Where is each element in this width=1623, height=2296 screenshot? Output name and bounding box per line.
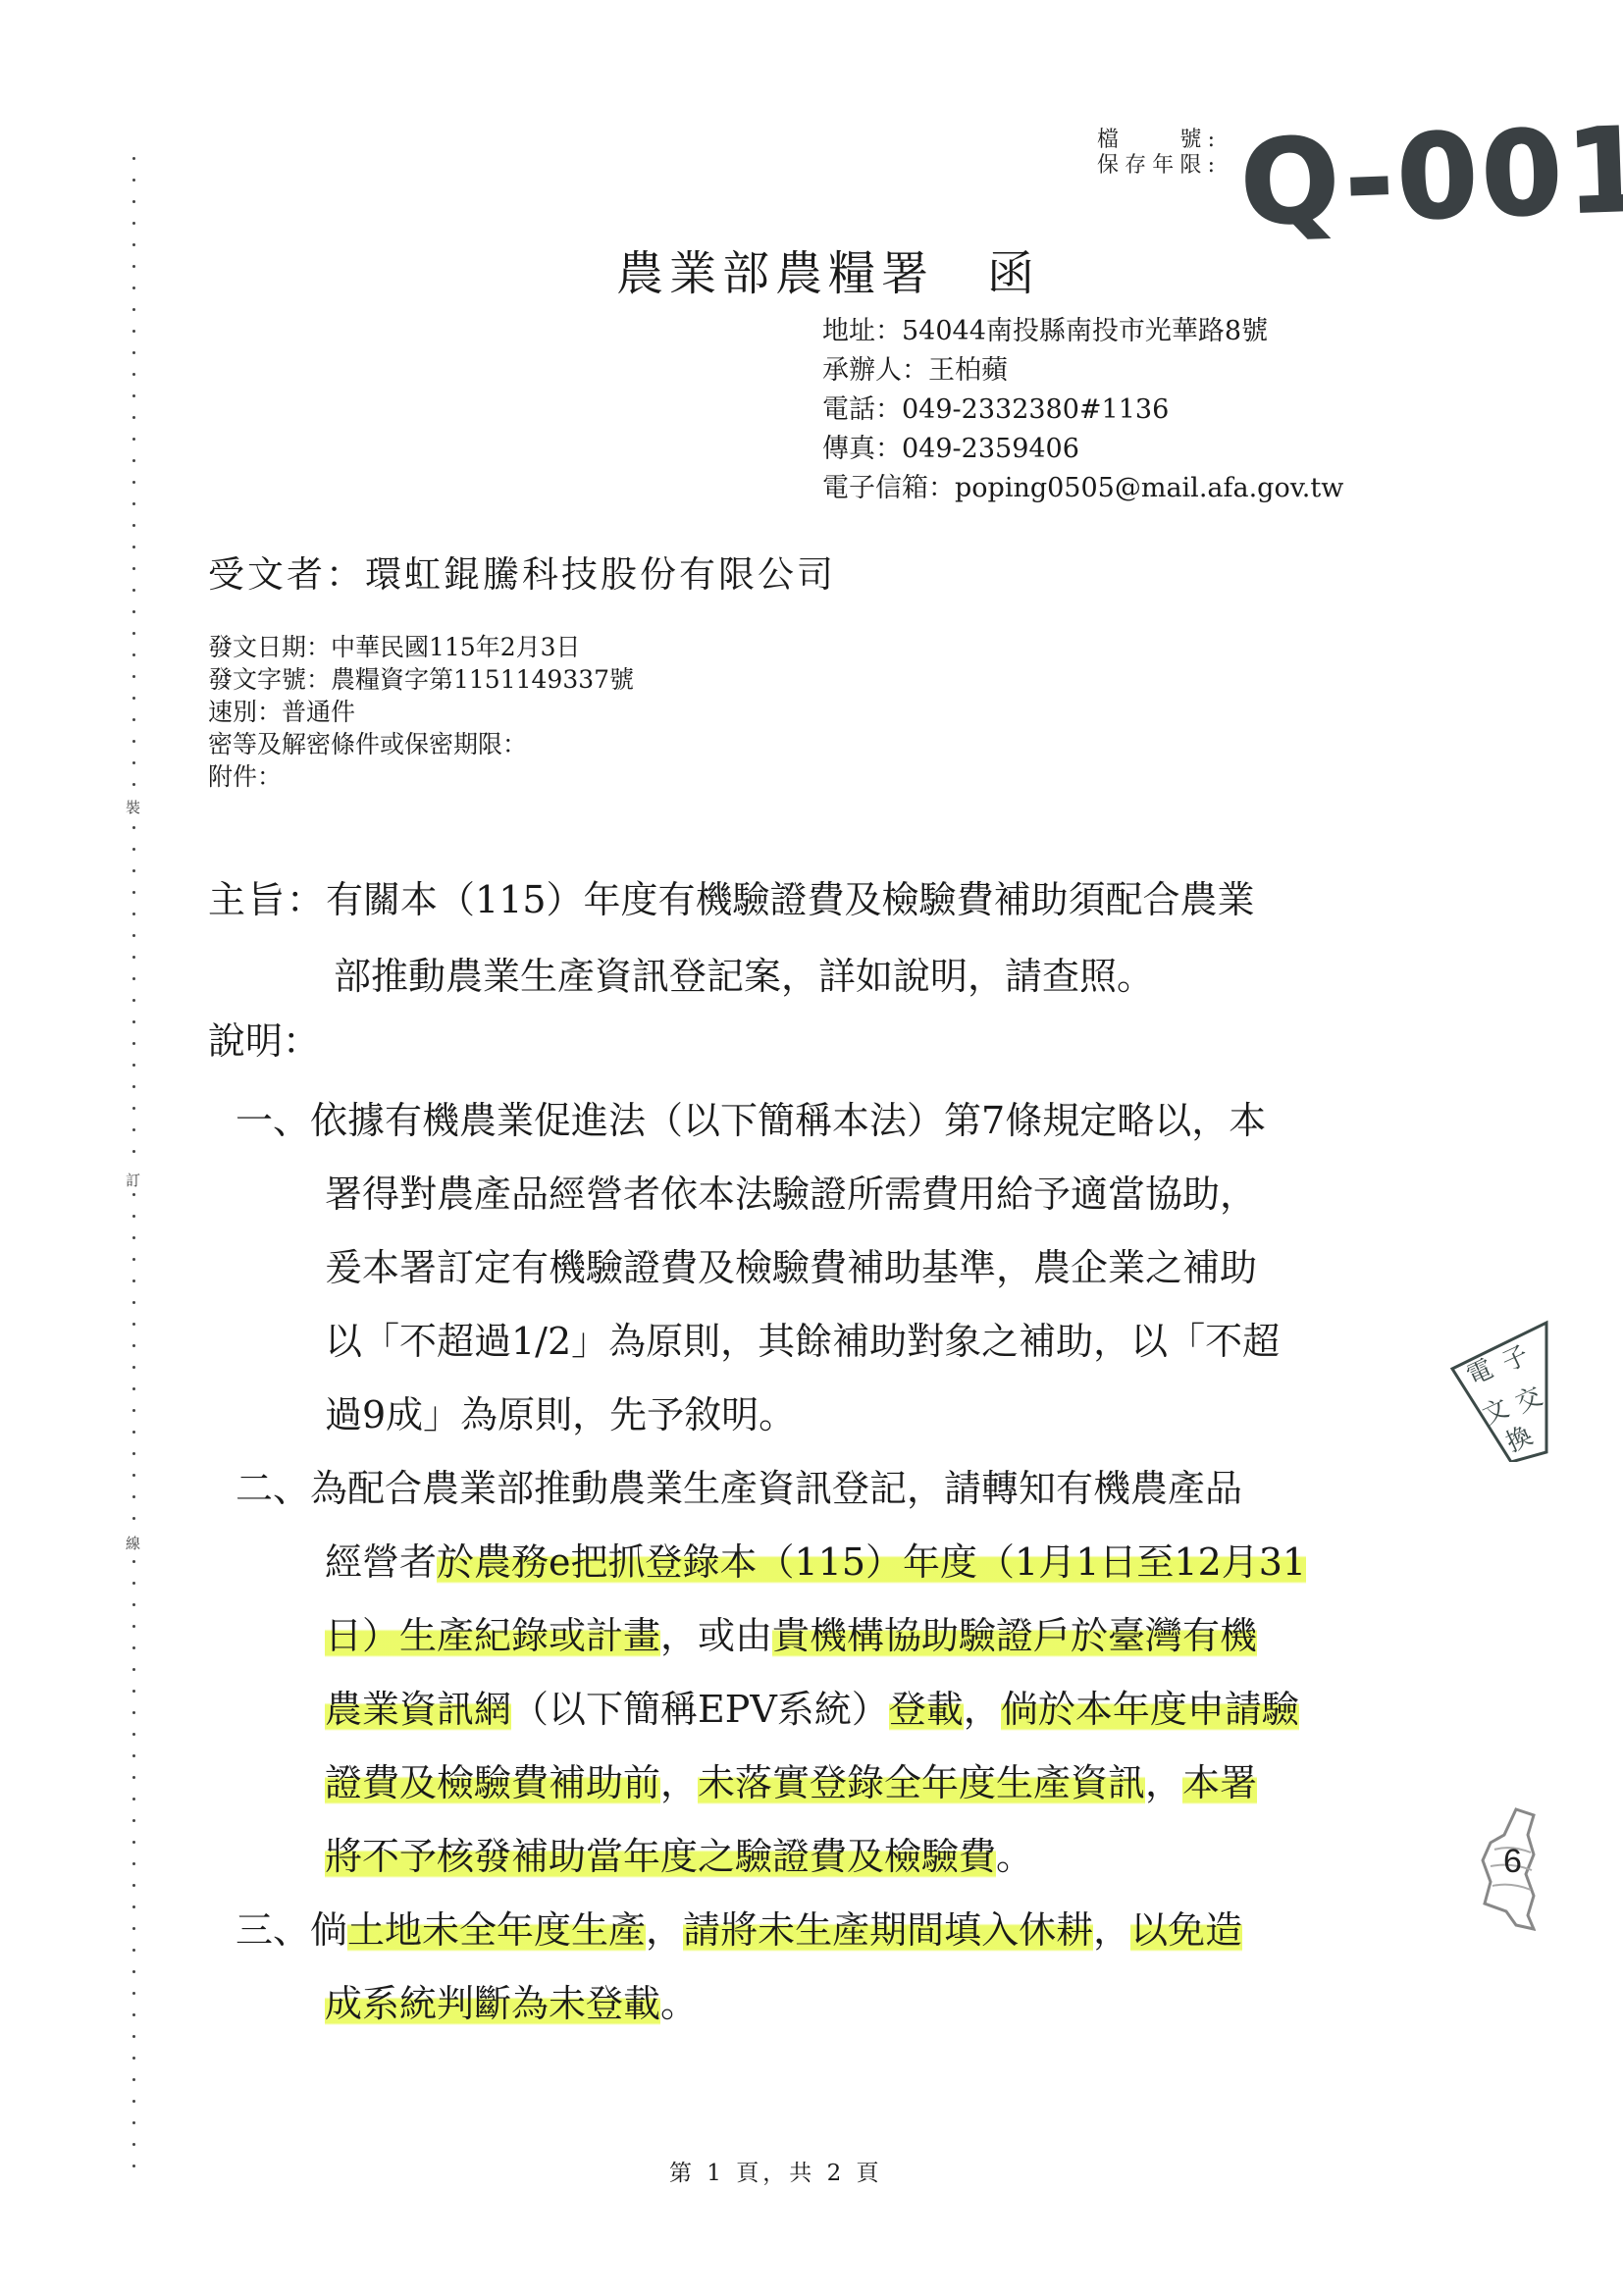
binding-dot bbox=[132, 243, 135, 246]
binding-dot bbox=[132, 1970, 135, 1973]
binding-dot bbox=[132, 2100, 135, 2103]
subject-line-1: 有關本（115）年度有機驗證費及檢驗費補助須配合農業 bbox=[326, 878, 1255, 921]
paragraph-line: 二、為配合農業部推動農業生產資訊登記，請轉知有機農產品 bbox=[236, 1452, 1306, 1526]
binding-dot bbox=[132, 1603, 135, 1606]
binding-dot bbox=[132, 1344, 135, 1347]
paragraph-line: 日）生產紀錄或計畫，或由貴機構協助驗證戶於臺灣有機 bbox=[236, 1599, 1306, 1673]
binding-dot bbox=[132, 589, 135, 592]
text-segment: 爰本署訂定有機驗證費及檢驗費補助基準，農企業之補助 bbox=[325, 1246, 1257, 1289]
binding-dot bbox=[132, 1150, 135, 1153]
binding-dot bbox=[132, 1409, 135, 1412]
binding-margin: 裝訂線 bbox=[126, 157, 145, 2168]
highlighted-text: 土地未全年度生產 bbox=[347, 1908, 646, 1952]
contact-block: 地址：54044南投縣南投市光華路8號 承辦人：王柏蘋 電話：049-23323… bbox=[822, 312, 1343, 508]
binding-dot bbox=[132, 179, 135, 182]
paragraph-line: 農業資訊網（以下簡稱EPV系統）登載，倘於本年度申請驗 bbox=[236, 1673, 1306, 1747]
page-indicator: 第 1 頁，共 2 頁 bbox=[669, 2155, 883, 2187]
binding-dot bbox=[132, 999, 135, 1002]
binding-dot bbox=[132, 1215, 135, 1218]
delivery-speed: 速別：普通件 bbox=[208, 696, 634, 728]
binding-mark: 訂 bbox=[126, 1170, 140, 1190]
text-segment: ， bbox=[660, 1761, 698, 1804]
binding-dot bbox=[132, 416, 135, 419]
binding-dot bbox=[132, 1387, 135, 1390]
page-seal-stamp: 6 bbox=[1477, 1805, 1536, 1933]
binding-dot bbox=[132, 524, 135, 527]
text-segment: 署得對農產品經營者依本法驗證所需費用給予適當協助， bbox=[325, 1173, 1257, 1216]
text-segment: ， bbox=[964, 1688, 1001, 1731]
binding-dot bbox=[132, 1754, 135, 1757]
binding-dot bbox=[132, 394, 135, 397]
highlighted-text: 請將未生產期間填入休耕 bbox=[683, 1908, 1093, 1952]
binding-dot bbox=[132, 2013, 135, 2016]
binding-dot bbox=[132, 1279, 135, 1282]
text-segment: 依據有機農業促進法（以下簡稱本法）第7條規定略以，本 bbox=[310, 1099, 1266, 1142]
recipient: 受文者：環虹錕騰科技股份有限公司 bbox=[208, 545, 836, 598]
explanation-item: 三、倘土地未全年度生產，請將未生產期間填入休耕，以免造成系統判斷為未登載。 bbox=[236, 1894, 1242, 2041]
binding-dot bbox=[132, 1128, 135, 1131]
binding-dot bbox=[132, 891, 135, 894]
binding-dot bbox=[132, 1841, 135, 1844]
paragraph-line: 三、倘土地未全年度生產，請將未生產期間填入休耕，以免造 bbox=[236, 1894, 1242, 1967]
binding-dot bbox=[132, 1992, 135, 1995]
highlighted-text: 於農務e把抓登錄本（115）年度（1月1日至12月31 bbox=[437, 1540, 1306, 1584]
binding-dot bbox=[132, 1517, 135, 1520]
explanation-item: 一、依據有機農業促進法（以下簡稱本法）第7條規定略以，本署得對農產品經營者依本法… bbox=[236, 1084, 1280, 1452]
file-number-label: 檔 號: bbox=[1097, 128, 1215, 153]
binding-dot bbox=[132, 1064, 135, 1067]
binding-dot bbox=[132, 761, 135, 764]
binding-dot bbox=[132, 330, 135, 333]
binding-dot bbox=[132, 718, 135, 721]
highlighted-text: 未落實登錄全年度生產資訊 bbox=[698, 1761, 1145, 1804]
binding-dot bbox=[132, 2035, 135, 2038]
binding-dot bbox=[132, 287, 135, 289]
binding-dot bbox=[132, 632, 135, 635]
binding-dot bbox=[132, 1711, 135, 1714]
binding-dot bbox=[132, 1949, 135, 1952]
paragraph-line: 署得對農產品經營者依本法驗證所需費用給予適當協助， bbox=[236, 1158, 1280, 1231]
binding-dot bbox=[132, 1646, 135, 1649]
paragraph-line: 過9成」為原則，先予敘明。 bbox=[236, 1379, 1280, 1452]
binding-dot bbox=[132, 675, 135, 678]
binding-dot bbox=[132, 567, 135, 570]
binding-dot bbox=[132, 740, 135, 743]
binding-dot bbox=[132, 1495, 135, 1498]
binding-dot bbox=[132, 1366, 135, 1369]
contact-address: 地址：54044南投縣南投市光華路8號 bbox=[822, 312, 1343, 351]
binding-dot bbox=[132, 265, 135, 268]
contact-handler: 承辦人：王柏蘋 bbox=[822, 351, 1343, 391]
binding-dot bbox=[132, 1625, 135, 1628]
subject-line-2: 部推動農業生產資訊登記案，詳如說明，請查照。 bbox=[208, 938, 1255, 1015]
text-segment: 過9成」為原則，先予敘明。 bbox=[325, 1393, 796, 1436]
binding-dot bbox=[132, 1301, 135, 1304]
binding-dot bbox=[132, 913, 135, 915]
binding-dot bbox=[132, 956, 135, 959]
text-segment: （以下簡稱EPV系統） bbox=[511, 1688, 889, 1731]
binding-dot bbox=[132, 2121, 135, 2124]
binding-dot bbox=[132, 1798, 135, 1800]
page-seal-number: 6 bbox=[1503, 1843, 1522, 1881]
highlighted-text: 以免造 bbox=[1130, 1908, 1242, 1952]
binding-dot bbox=[132, 1862, 135, 1865]
binding-dot bbox=[132, 826, 135, 829]
subject-section: 主旨：有關本（115）年度有機驗證費及檢驗費補助須配合農業 部推動農業生產資訊登… bbox=[208, 861, 1255, 1015]
binding-dot bbox=[132, 351, 135, 354]
text-segment: ， bbox=[1093, 1908, 1130, 1952]
attachments: 附件： bbox=[208, 760, 634, 793]
text-segment: 為配合農業部推動農業生產資訊登記，請轉知有機農產品 bbox=[310, 1467, 1242, 1510]
contact-phone: 電話：049-2332380#1136 bbox=[822, 391, 1343, 430]
binding-dot bbox=[132, 977, 135, 980]
binding-dot bbox=[132, 653, 135, 656]
binding-dot bbox=[132, 610, 135, 613]
svg-text:文: 文 bbox=[1478, 1393, 1513, 1431]
highlighted-text: 本署 bbox=[1182, 1761, 1257, 1804]
binding-dot bbox=[132, 1258, 135, 1261]
binding-dot bbox=[132, 1474, 135, 1477]
binding-dot bbox=[132, 1884, 135, 1887]
retention-period-label: 保存年限: bbox=[1097, 153, 1215, 179]
handwritten-file-code: Q-0011 bbox=[1238, 98, 1623, 251]
paragraph-line: 證費及檢驗費補助前，未落實登錄全年度生產資訊，本署 bbox=[236, 1747, 1306, 1820]
binding-dot bbox=[132, 2078, 135, 2081]
subject-label: 主旨： bbox=[208, 878, 326, 921]
binding-dot bbox=[132, 1927, 135, 1930]
paragraph-line: 將不予核發補助當年度之驗證費及檢驗費。 bbox=[236, 1820, 1306, 1894]
binding-dot bbox=[132, 2165, 135, 2167]
binding-dot bbox=[132, 1582, 135, 1585]
binding-dot bbox=[132, 848, 135, 851]
contact-email: 電子信箱：poping0505@mail.afa.gov.tw bbox=[822, 469, 1343, 508]
text-segment: 。 bbox=[660, 1982, 698, 2025]
binding-dot bbox=[132, 481, 135, 484]
text-segment: ， bbox=[1145, 1761, 1182, 1804]
text-segment: 以「不超過1/2」為原則，其餘補助對象之補助，以「不超 bbox=[325, 1320, 1280, 1363]
binding-dot bbox=[132, 2057, 135, 2060]
binding-dot bbox=[132, 934, 135, 937]
binding-dot bbox=[132, 1560, 135, 1563]
paragraph-line: 經營者於農務e把抓登錄本（115）年度（1月1日至12月31 bbox=[236, 1526, 1306, 1599]
document-meta: 發文日期：中華民國115年2月3日 發文字號：農糧資字第1151149337號 … bbox=[208, 631, 634, 793]
electronic-exchange-stamp-icon: 電 子 文 交 換 bbox=[1450, 1315, 1548, 1462]
binding-dot bbox=[132, 869, 135, 872]
highlighted-text: 將不予核發補助當年度之驗證費及檢驗費 bbox=[325, 1835, 996, 1878]
file-info-box: 檔 號: 保存年限: bbox=[1097, 128, 1215, 179]
item-number: 二、 bbox=[236, 1467, 310, 1510]
binding-dot bbox=[132, 1020, 135, 1023]
binding-dot bbox=[132, 200, 135, 203]
explanation-item: 二、為配合農業部推動農業生產資訊登記，請轉知有機農產品經營者於農務e把抓登錄本（… bbox=[236, 1452, 1306, 1894]
binding-dot bbox=[132, 697, 135, 700]
binding-dot bbox=[132, 373, 135, 376]
binding-dot bbox=[132, 1668, 135, 1671]
binding-dot bbox=[132, 1819, 135, 1822]
text-segment: 經營者 bbox=[325, 1540, 437, 1584]
binding-dot bbox=[132, 1431, 135, 1434]
binding-dot bbox=[132, 1452, 135, 1455]
item-number: 一、 bbox=[236, 1099, 310, 1142]
secrecy-level: 密等及解密條件或保密期限： bbox=[208, 728, 634, 760]
explanation-label: 說明： bbox=[208, 1011, 320, 1065]
contact-fax: 傳真：049-2359406 bbox=[822, 430, 1343, 469]
highlighted-text: 證費及檢驗費補助前 bbox=[325, 1761, 660, 1804]
highlighted-text: 倘於本年度申請驗 bbox=[1001, 1688, 1299, 1731]
paragraph-line: 以「不超過1/2」為原則，其餘補助對象之補助，以「不超 bbox=[236, 1305, 1280, 1379]
highlighted-text: 成系統判斷為未登載 bbox=[325, 1982, 660, 2025]
binding-dot bbox=[132, 438, 135, 441]
binding-dot bbox=[132, 1690, 135, 1693]
binding-mark: 線 bbox=[126, 1533, 140, 1553]
text-segment: 。 bbox=[996, 1835, 1033, 1878]
binding-dot bbox=[132, 1323, 135, 1326]
binding-dot bbox=[132, 222, 135, 225]
binding-dot bbox=[132, 1085, 135, 1088]
binding-dot bbox=[132, 459, 135, 462]
text-segment: ， bbox=[646, 1908, 683, 1952]
binding-mark: 裝 bbox=[126, 797, 140, 817]
svg-text:子: 子 bbox=[1497, 1340, 1533, 1378]
binding-dot bbox=[132, 1776, 135, 1779]
binding-dot bbox=[132, 546, 135, 548]
binding-dot bbox=[132, 308, 135, 311]
issue-date: 發文日期：中華民國115年2月3日 bbox=[208, 631, 634, 663]
paragraph-line: 爰本署訂定有機驗證費及檢驗費補助基準，農企業之補助 bbox=[236, 1231, 1280, 1305]
paragraph-line: 一、依據有機農業促進法（以下簡稱本法）第7條規定略以，本 bbox=[236, 1084, 1280, 1158]
binding-dot bbox=[132, 1733, 135, 1736]
binding-dot bbox=[132, 783, 135, 786]
highlighted-text: 登載 bbox=[889, 1688, 964, 1731]
binding-dot bbox=[132, 1107, 135, 1110]
text-segment: 倘 bbox=[310, 1908, 347, 1952]
binding-dot bbox=[132, 1193, 135, 1196]
binding-dot bbox=[132, 157, 135, 160]
paragraph-line: 成系統判斷為未登載。 bbox=[236, 1967, 1242, 2041]
binding-dot bbox=[132, 1905, 135, 1908]
highlighted-text: 貴機構協助驗證戶於臺灣有機 bbox=[772, 1614, 1257, 1657]
binding-dot bbox=[132, 1042, 135, 1045]
binding-dot bbox=[132, 2143, 135, 2146]
svg-text:交: 交 bbox=[1511, 1382, 1546, 1419]
binding-dot bbox=[132, 502, 135, 505]
document-title: 農業部農糧署 函 bbox=[616, 235, 1040, 303]
binding-dot bbox=[132, 1236, 135, 1239]
text-segment: ，或由 bbox=[660, 1614, 772, 1657]
highlighted-text: 日）生產紀錄或計畫 bbox=[325, 1614, 660, 1657]
item-number: 三、 bbox=[236, 1908, 310, 1952]
document-number: 發文字號：農糧資字第1151149337號 bbox=[208, 663, 634, 696]
highlighted-text: 農業資訊網 bbox=[325, 1688, 511, 1731]
